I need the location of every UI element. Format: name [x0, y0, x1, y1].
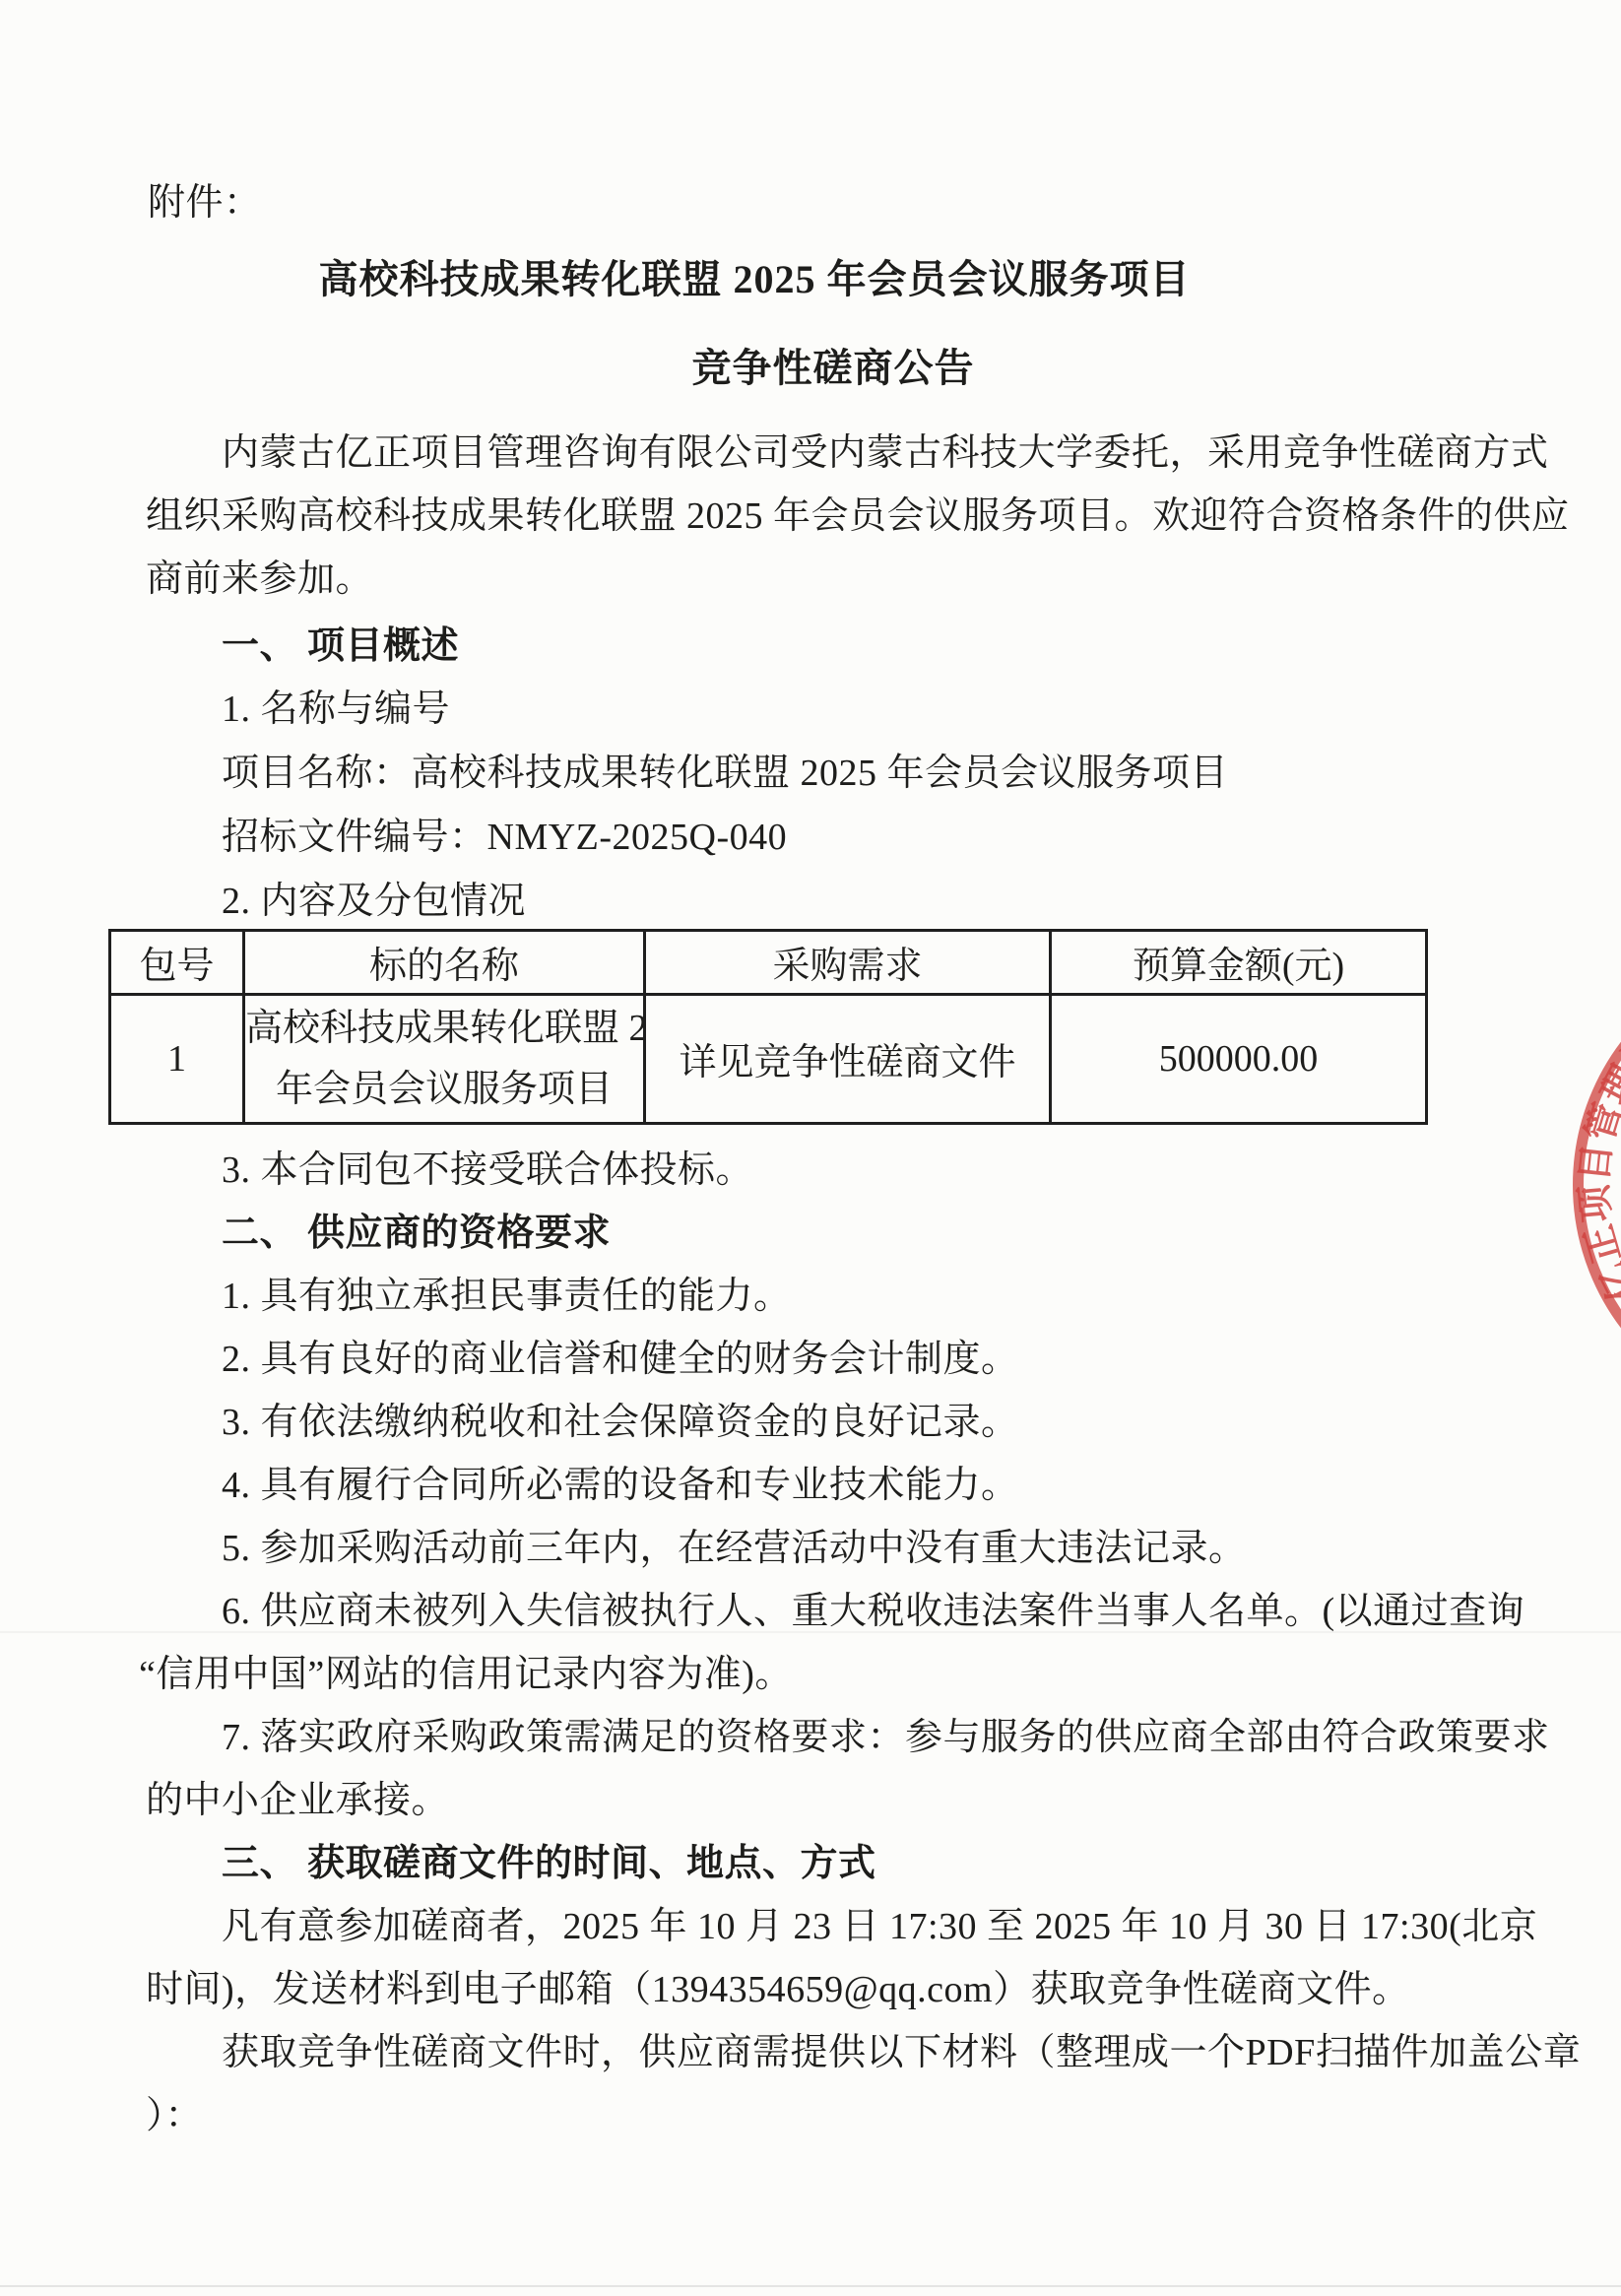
qualification-item-6-line2: “信用中国”网站的信用记录内容为准)。 — [139, 1653, 793, 1696]
qualification-item-4: 4. 具有履行合同所必需的设备和专业技术能力。 — [222, 1464, 1019, 1507]
header-budget-amount: 预算金额(元) — [1051, 931, 1427, 995]
seal-character: 正 — [1578, 1218, 1621, 1270]
section1-item3: 3. 本合同包不接受联合体投标。 — [222, 1148, 753, 1192]
intro-line-1: 内蒙古亿正项目管理咨询有限公司受内蒙古科技大学委托，采用竞争性磋商方式 — [222, 431, 1549, 475]
cell-subject-line1: 高校科技成果转化联盟 2025 — [245, 998, 643, 1059]
page-bottom-scan-edge — [0, 2285, 1621, 2287]
qualification-item-3: 3. 有依法缴纳税收和社会保障资金的良好记录。 — [222, 1401, 1019, 1444]
section1-item1: 1. 名称与编号 — [222, 688, 450, 731]
company-seal: 内蒙古亿正项目管理咨询有限公司 — [1573, 949, 1621, 1421]
qualification-item-1: 1. 具有独立承担民事责任的能力。 — [222, 1275, 792, 1318]
section1-item2: 2. 内容及分包情况 — [222, 880, 526, 923]
cell-procurement-requirement: 详见竞争性磋商文件 — [645, 994, 1051, 1123]
qualification-item-5: 5. 参加采购活动前三年内，在经营活动中没有重大违法记录。 — [222, 1527, 1247, 1570]
table-header-row: 包号 标的名称 采购需求 预算金额(元) — [110, 931, 1427, 995]
qualification-item-2: 2. 具有良好的商业信誉和健全的财务会计制度。 — [222, 1338, 1019, 1381]
cell-subject-line2: 年会员会议服务项目 — [245, 1059, 643, 1120]
scan-artifact-line — [0, 1631, 1621, 1633]
section2-heading: 二、 供应商的资格要求 — [222, 1212, 611, 1255]
header-subject-name: 标的名称 — [244, 931, 645, 995]
section3-line2: 时间)，发送材料到电子邮箱（1394354659@qq.com）获取竞争性磋商文… — [146, 1968, 1410, 2011]
tender-doc-number-line: 招标文件编号：NMYZ-2025Q-040 — [222, 816, 787, 859]
document-title-line1: 高校科技成果转化联盟 2025 年会员会议服务项目 — [69, 258, 1440, 301]
section3-heading: 三、 获取磋商文件的时间、地点、方式 — [222, 1842, 876, 1885]
section3-line3: 获取竞争性磋商文件时，供应商需提供以下材料（整理成一个PDF扫描件加盖公章 — [222, 2031, 1581, 2074]
section3-line1: 凡有意参加磋商者，2025 年 10 月 23 日 17:30 至 2025 年… — [222, 1905, 1537, 1948]
attachment-label: 附件： — [148, 181, 262, 225]
header-procurement-requirement: 采购需求 — [645, 931, 1051, 995]
document-page: 附件： 高校科技成果转化联盟 2025 年会员会议服务项目 竞争性磋商公告 内蒙… — [0, 0, 1621, 2296]
cell-subject-name: 高校科技成果转化联盟 2025 年会员会议服务项目 — [244, 994, 645, 1123]
header-package-no: 包号 — [110, 931, 244, 995]
section3-line4: ）： — [146, 2094, 203, 2137]
table-row: 1 高校科技成果转化联盟 2025 年会员会议服务项目 详见竞争性磋商文件 50… — [110, 994, 1427, 1123]
qualification-item-6-line1: 6. 供应商未被列入失信被执行人、重大税收违法案件当事人名单。(以通过查询 — [222, 1590, 1524, 1633]
document-title-line2: 竞争性磋商公告 — [148, 347, 1519, 390]
section1-heading: 一、 项目概述 — [222, 624, 459, 668]
cell-budget-amount: 500000.00 — [1051, 994, 1427, 1123]
intro-line-2: 组织采购高校科技成果转化联盟 2025 年会员会议服务项目。欢迎符合资格条件的供… — [146, 494, 1570, 538]
qualification-item-7-line2: 的中小企业承接。 — [146, 1779, 449, 1822]
project-name-line: 项目名称：高校科技成果转化联盟 2025 年会员会议服务项目 — [222, 752, 1228, 795]
lots-table: 包号 标的名称 采购需求 预算金额(元) 1 高校科技成果转化联盟 2025 年… — [108, 929, 1428, 1125]
seal-character: 项 — [1574, 1181, 1619, 1226]
qualification-item-7-line1: 7. 落实政府采购政策需满足的资格要求：参与服务的供应商全部由符合政策要求 — [222, 1716, 1550, 1759]
cell-package-no: 1 — [110, 994, 244, 1123]
intro-line-3: 商前来参加。 — [146, 558, 373, 601]
